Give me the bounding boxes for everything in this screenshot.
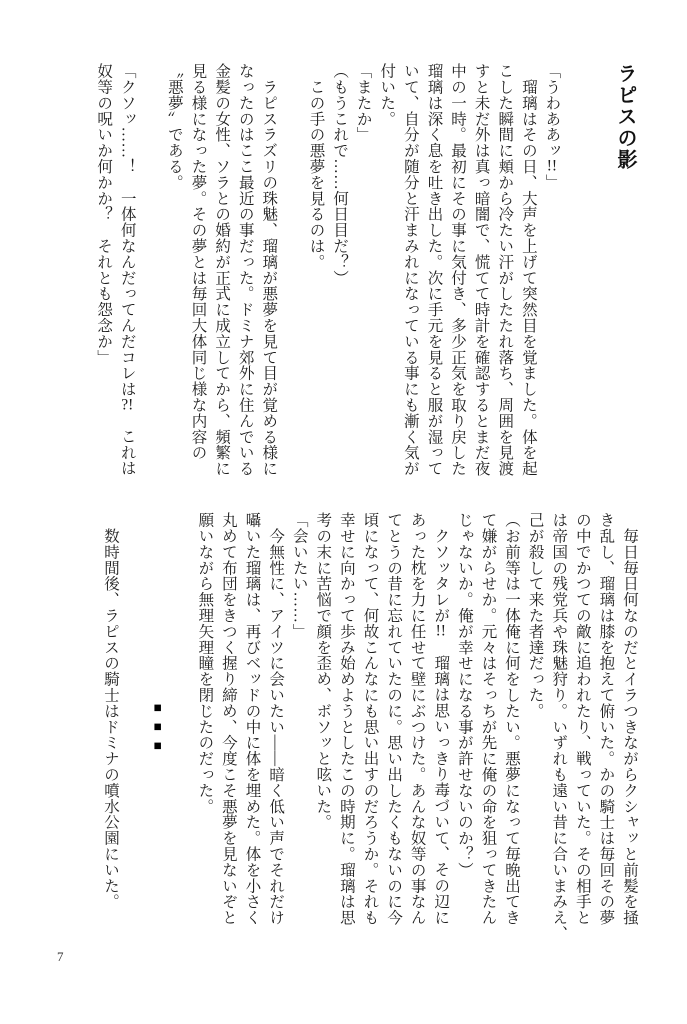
text-line: 付いた。 — [375, 63, 399, 496]
text-line: あった枕を力に任せて壁にぶつけた。あんな奴等の事なん — [405, 512, 429, 945]
bottom-text-block: 毎日毎日何なのだとイラつきながらクシャッと前髪を掻き乱し、瑠璃は膝を抱えて俯いた… — [98, 512, 641, 945]
text-line: の中でかつての敵に追われたり、戦っていた。その相手と — [570, 512, 594, 945]
page-number: 7 — [57, 949, 64, 965]
blank-line — [122, 512, 146, 945]
text-line: 願いながら無理矢理瞳を閉じたのだった。 — [193, 512, 217, 945]
blank-line — [563, 63, 587, 496]
text-line: 「クソッ……！ 一体何なんだってんだコレは?! これは — [115, 63, 139, 496]
text-line: 「またか」 — [351, 63, 375, 496]
text-line: 今無性に、アイツに会いたい――暗く低い声でそれだけ — [264, 512, 288, 945]
text-line: 幸せに向かって歩み始めようとしたこの時期に。瑠璃は思 — [334, 512, 358, 945]
text-line: 中の一時。最初にその事に気付き、多少正気を取り戻した — [445, 63, 469, 496]
text-line: 頃になって、何故こんなにも思い出すのだろうか。それも — [358, 512, 382, 945]
text-line: （お前等は一体俺に何をしたい。悪夢になって毎晩出てき — [499, 512, 523, 945]
text-line: は帝国の残党兵や珠魅狩り。いずれも遠い昔に合いまみえ、 — [547, 512, 571, 945]
blank-line — [139, 63, 163, 496]
text-line: 見る様になった夢。その夢とは毎回大体同じ様な内容の — [186, 63, 210, 496]
text-line: ラピスラズリの珠魅、瑠璃が悪夢を見て目が覚める様に — [257, 63, 281, 496]
text-line: 考の末に苦悩で顔を歪め、ボソッと呟いた。 — [311, 512, 335, 945]
document-page: ラピスの影 「うわああッ!!」 瑠璃はその日、大声を上げて突然目を覚ました。体を… — [0, 0, 687, 1024]
text-line: クソッタレが!! 瑠璃は思いっきり毒づいて、その辺に — [429, 512, 453, 945]
text-line: 丸めて布団をきつく握り締め、今度こそ悪夢を見ないぞと — [216, 512, 240, 945]
text-line: なったのはここ最近の事だった。ドミナ郊外に住んでいる — [233, 63, 257, 496]
text-line: てとうの昔に忘れていたのに。思い出したくもないのに今 — [381, 512, 405, 945]
text-line: いて、自分が随分と汗まみれになっている事にも漸く気が — [398, 63, 422, 496]
text-line: 囁いた瑠璃は、再びベッドの中に体を埋めた。体を小さく — [240, 512, 264, 945]
top-text-block: ラピスの影 「うわああッ!!」 瑠璃はその日、大声を上げて突然目を覚ました。体を… — [92, 63, 641, 496]
text-line: すと未だ外は真っ暗闇で、慌てて時計を確認するとまだ夜 — [469, 63, 493, 496]
text-line: （もうこれで……何日目だ？） — [327, 63, 351, 496]
text-line: 「うわああッ!!」 — [540, 63, 564, 496]
text-line: 数時間後、ラピスの騎士はドミナの噴水公園にいた。 — [98, 512, 122, 945]
text-line: この手の悪夢を見るのは。 — [304, 63, 328, 496]
text-line: 瑠璃は深く息を吐き出した。次に手元を見ると服が湿って — [422, 63, 446, 496]
blank-line — [280, 63, 304, 496]
section-break-marks: ■■■ — [146, 512, 170, 945]
text-line: き乱し、瑠璃は膝を抱えて俯いた。かの騎士は毎回その夢 — [594, 512, 618, 945]
text-line: 毎日毎日何なのだとイラつきながらクシャッと前髪を掻 — [617, 512, 641, 945]
text-line: 己が殺して来た者達だった。 — [523, 512, 547, 945]
page-title: ラピスの影 — [587, 63, 641, 496]
text-line: 「会いたい……」 — [287, 512, 311, 945]
text-line: 金髪の女性、ソラとの婚約が正式に成立してから、頻繁に — [210, 63, 234, 496]
text-line: て嫌がらせか。元々はそっちが先に俺の命を狙ってきたん — [476, 512, 500, 945]
text-line: 瑠璃はその日、大声を上げて突然目を覚ました。体を起 — [516, 63, 540, 496]
text-line: こした瞬間に頬から冷たい汗がしたたれ落ち、周囲を見渡 — [493, 63, 517, 496]
text-line: 奴等の呪いか何かか？ それとも怨念か」 — [92, 63, 116, 496]
blank-line — [169, 512, 193, 945]
text-line: 〝悪夢〟である。 — [162, 63, 186, 496]
text-line: じゃないか。俺が幸せになる事が許せないのか？） — [452, 512, 476, 945]
